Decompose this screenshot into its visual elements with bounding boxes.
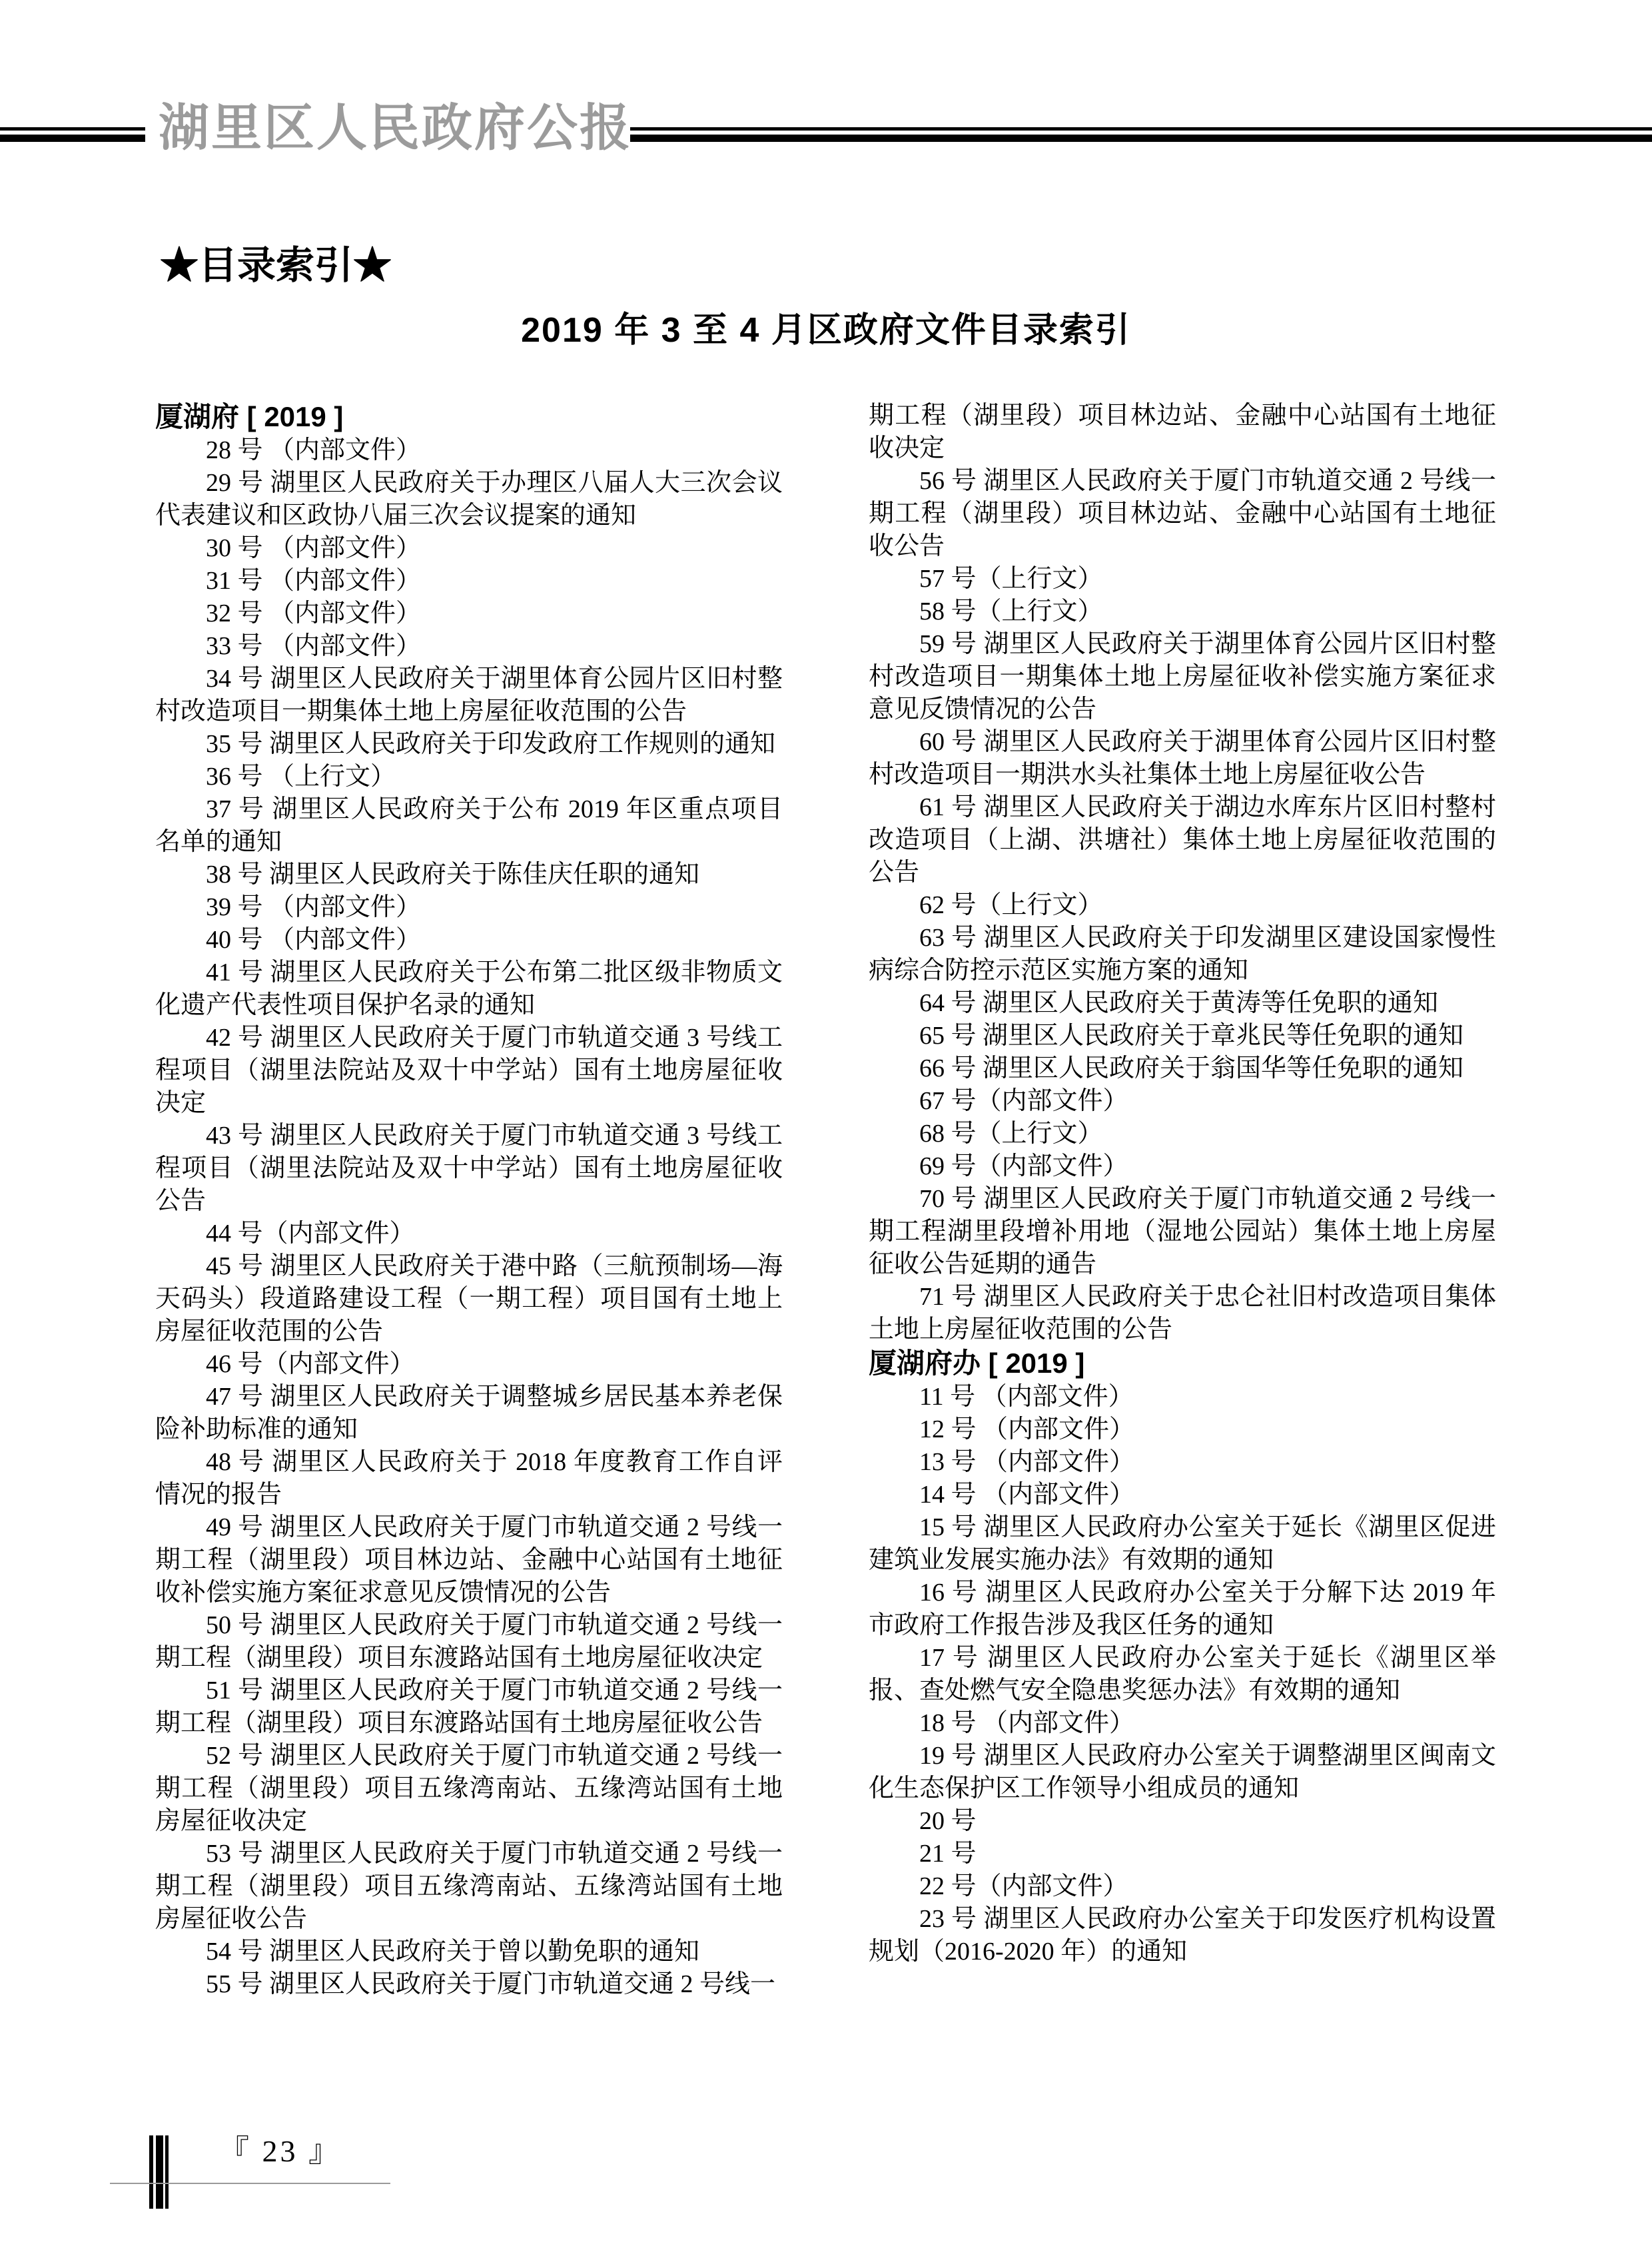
catalog-item: 64 号 湖里区人民政府关于黄涛等任免职的通知 <box>869 987 1496 1020</box>
footer-rule <box>110 2183 390 2184</box>
catalog-item: 40 号 （内部文件） <box>155 924 783 956</box>
catalog-item: 63 号 湖里区人民政府关于印发湖里区建设国家慢性病综合防控示范区实施方案的通知 <box>869 922 1496 987</box>
catalog-item: 37 号 湖里区人民政府关于公布 2019 年区重点项目名单的通知 <box>155 793 783 859</box>
section-heading: 厦湖府 [ 2019 ] <box>155 400 783 434</box>
footer-bar-thick <box>156 2135 163 2209</box>
catalog-item: 47 号 湖里区人民政府关于调整城乡居民基本养老保险补助标准的通知 <box>155 1381 783 1446</box>
page-title: 2019 年 3 至 4 月区政府文件目录索引 <box>155 305 1497 356</box>
catalog-item: 18 号 （内部文件） <box>869 1707 1496 1740</box>
catalog-item: 65 号 湖里区人民政府关于章兆民等任免职的通知 <box>869 1020 1496 1052</box>
catalog-item: 31 号 （内部文件） <box>155 565 783 597</box>
catalog-item: 32 号 （内部文件） <box>155 597 783 630</box>
catalog-item: 22 号（内部文件） <box>869 1870 1496 1903</box>
catalog-item: 56 号 湖里区人民政府关于厦门市轨道交通 2 号线一期工程（湖里段）项目林边站… <box>869 465 1496 563</box>
catalog-item: 17 号 湖里区人民政府办公室关于延长《湖里区举报、查处燃气安全隐患奖惩办法》有… <box>869 1642 1496 1707</box>
catalog-right-column: 期工程（湖里段）项目林边站、金融中心站国有土地征收决定56 号 湖里区人民政府关… <box>869 400 1496 1968</box>
catalog-left-column: 厦湖府 [ 2019 ]28 号 （内部文件）29 号 湖里区人民政府关于办理区… <box>155 400 783 2001</box>
catalog-item: 55 号 湖里区人民政府关于厦门市轨道交通 2 号线一 <box>155 1968 783 2001</box>
catalog-item: 66 号 湖里区人民政府关于翁国华等任免职的通知 <box>869 1052 1496 1085</box>
catalog-item: 14 号 （内部文件） <box>869 1479 1496 1511</box>
item-continuation: 期工程（湖里段）项目林边站、金融中心站国有土地征收决定 <box>869 400 1496 465</box>
catalog-item: 42 号 湖里区人民政府关于厦门市轨道交通 3 号线工程项目（湖里法院站及双十中… <box>155 1022 783 1120</box>
catalog-item: 50 号 湖里区人民政府关于厦门市轨道交通 2 号线一期工程（湖里段）项目东渡路… <box>155 1609 783 1675</box>
footer-bar-thin <box>165 2135 169 2209</box>
catalog-item: 28 号 （内部文件） <box>155 434 783 467</box>
catalog-item: 21 号 <box>869 1838 1496 1870</box>
catalog-item: 48 号 湖里区人民政府关于 2018 年度教育工作自评情况的报告 <box>155 1446 783 1511</box>
catalog-item: 34 号 湖里区人民政府关于湖里体育公园片区旧村整村改造项目一期集体土地上房屋征… <box>155 663 783 728</box>
catalog-item: 52 号 湖里区人民政府关于厦门市轨道交通 2 号线一期工程（湖里段）项目五缘湾… <box>155 1740 783 1838</box>
page-number: 『 23 』 <box>218 2131 342 2171</box>
catalog-item: 62 号（上行文） <box>869 889 1496 922</box>
catalog-item: 33 号 （内部文件） <box>155 630 783 663</box>
catalog-item: 16 号 湖里区人民政府办公室关于分解下达 2019 年市政府工作报告涉及我区任… <box>869 1577 1496 1642</box>
catalog-item: 36 号 （上行文） <box>155 761 783 793</box>
catalog-item: 71 号 湖里区人民政府关于忠仑社旧村改造项目集体土地上房屋征收范围的公告 <box>869 1281 1496 1346</box>
catalog-item: 70 号 湖里区人民政府关于厦门市轨道交通 2 号线一期工程湖里段增补用地（湿地… <box>869 1183 1496 1281</box>
catalog-item: 41 号 湖里区人民政府关于公布第二批区级非物质文化遗产代表性项目保护名录的通知 <box>155 956 783 1022</box>
catalog-item: 54 号 湖里区人民政府关于曾以勤免职的通知 <box>155 1936 783 1968</box>
catalog-item: 30 号 （内部文件） <box>155 532 783 565</box>
catalog-item: 45 号 湖里区人民政府关于港中路（三航预制场—海天码头）段道路建设工程（一期工… <box>155 1250 783 1348</box>
catalog-item: 68 号（上行文） <box>869 1118 1496 1150</box>
catalog-item: 53 号 湖里区人民政府关于厦门市轨道交通 2 号线一期工程（湖里段）项目五缘湾… <box>155 1838 783 1936</box>
catalog-item: 23 号 湖里区人民政府办公室关于印发医疗机构设置规划（2016-2020 年）… <box>869 1903 1496 1968</box>
catalog-item: 15 号 湖里区人民政府办公室关于延长《湖里区促进建筑业发展实施办法》有效期的通… <box>869 1511 1496 1577</box>
catalog-item: 67 号（内部文件） <box>869 1085 1496 1118</box>
catalog-item: 12 号 （内部文件） <box>869 1413 1496 1446</box>
catalog-item: 13 号 （内部文件） <box>869 1446 1496 1479</box>
catalog-item: 49 号 湖里区人民政府关于厦门市轨道交通 2 号线一期工程（湖里段）项目林边站… <box>155 1511 783 1609</box>
catalog-item: 61 号 湖里区人民政府关于湖边水库东片区旧村整村改造项目（上湖、洪塘社）集体土… <box>869 791 1496 889</box>
footer-bars-ornament <box>149 2135 169 2209</box>
catalog-item: 57 号（上行文） <box>869 563 1496 595</box>
catalog-item: 58 号（上行文） <box>869 595 1496 628</box>
catalog-item: 46 号（内部文件） <box>155 1348 783 1381</box>
catalog-item: 11 号 （内部文件） <box>869 1381 1496 1413</box>
catalog-item: 69 号（内部文件） <box>869 1150 1496 1183</box>
section-heading: 厦湖府办 [ 2019 ] <box>869 1346 1496 1381</box>
catalog-item: 43 号 湖里区人民政府关于厦门市轨道交通 3 号线工程项目（湖里法院站及双十中… <box>155 1120 783 1218</box>
catalog-item: 60 号 湖里区人民政府关于湖里体育公园片区旧村整村改造项目一期洪水头社集体土地… <box>869 726 1496 791</box>
catalog-item: 59 号 湖里区人民政府关于湖里体育公园片区旧村整村改造项目一期集体土地上房屋征… <box>869 628 1496 726</box>
footer-bar-thin <box>149 2135 153 2209</box>
gazette-masthead-title: 湖里区人民政府公报 <box>159 99 625 157</box>
catalog-item: 35 号 湖里区人民政府关于印发政府工作规则的通知 <box>155 728 783 761</box>
catalog-item: 19 号 湖里区人民政府办公室关于调整湖里区闽南文化生态保护区工作领导小组成员的… <box>869 1740 1496 1805</box>
catalog-item: 51 号 湖里区人民政府关于厦门市轨道交通 2 号线一期工程（湖里段）项目东渡路… <box>155 1675 783 1740</box>
catalog-item: 20 号 <box>869 1805 1496 1838</box>
catalog-item: 29 号 湖里区人民政府关于办理区八届人大三次会议代表建议和区政协八届三次会议提… <box>155 467 783 532</box>
masthead-rule-right <box>630 127 1652 142</box>
catalog-item: 44 号（内部文件） <box>155 1218 783 1250</box>
index-section-label: ★目录索引★ <box>160 238 392 293</box>
catalog-item: 39 号 （内部文件） <box>155 891 783 924</box>
catalog-item: 38 号 湖里区人民政府关于陈佳庆任职的通知 <box>155 859 783 891</box>
masthead-rule-left <box>0 127 145 142</box>
